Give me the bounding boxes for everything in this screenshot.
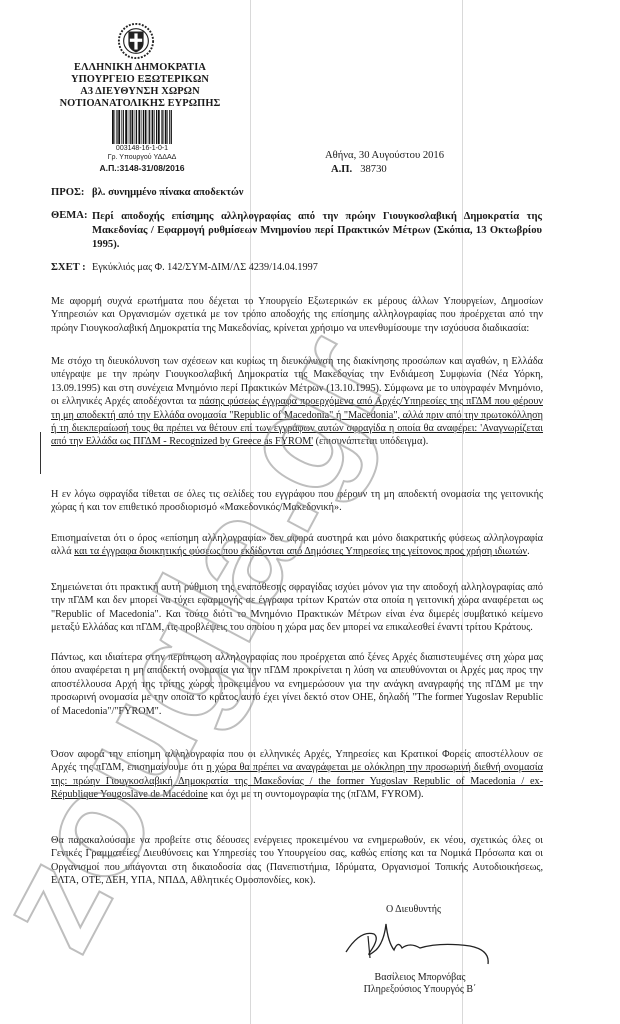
subject-label: ΘΕΜΑ:: [51, 210, 87, 221]
barcode-department: Γρ. Υπουργού ΥΔΔΑΔ: [90, 153, 194, 162]
recipient-label: ΠΡΟΣ:: [51, 187, 84, 198]
body-paragraph: Θα παρακαλούσαμε να προβείτε στις δέουσε…: [51, 834, 543, 888]
barcode-protocol: Α.Π.:3148-31/08/2016: [80, 163, 204, 174]
recipient-value: βλ. συνημμένο πίνακα αποδεκτών: [92, 187, 243, 198]
body-paragraph: Με αφορμή συχνά ερωτήματα που δέχεται το…: [51, 295, 543, 335]
header-line: Α3 ΔΙΕΥΘΥΝΣΗ ΧΩΡΩΝ: [40, 86, 240, 98]
handwritten-signature-icon: [340, 912, 500, 972]
underlined-text: και τα έγγραφα διοικητικής φύσεως που εκ…: [74, 546, 527, 557]
paragraph-text: (επισυνάπτεται υπόδειγμα).: [313, 436, 428, 447]
signatory-name: Βασίλειος Μπορνόβας: [350, 972, 490, 984]
paragraph-text: .: [527, 546, 530, 557]
ministry-header: ΕΛΛΗΝΙΚΗ ΔΗΜΟΚΡΑΤΙΑ ΥΠΟΥΡΓΕΙΟ ΕΞΩΤΕΡΙΚΩΝ…: [40, 62, 240, 110]
protocol-value: 38730: [360, 164, 386, 175]
barcode-icon: [112, 110, 172, 144]
body-paragraph: Με στόχο τη διευκόλυνση των σχέσεων και …: [51, 355, 543, 449]
paragraph-text: και όχι με τη συντομογραφία της (πΓΔΜ, F…: [208, 789, 424, 800]
body-paragraph: Όσον αφορά την επίσημη αλληλογραφία που …: [51, 748, 543, 802]
signatory: Βασίλειος Μπορνόβας Πληρεξούσιος Υπουργό…: [350, 972, 490, 996]
header-line: ΝΟΤΙΟΑΝΑΤΟΛΙΚΗΣ ΕΥΡΩΠΗΣ: [40, 98, 240, 110]
margin-mark: [40, 432, 41, 474]
document-page: ΕΛΛΗΝΙΚΗ ΔΗΜΟΚΡΑΤΙΑ ΥΠΟΥΡΓΕΙΟ ΕΞΩΤΕΡΙΚΩΝ…: [0, 0, 620, 1024]
body-paragraph: Η εν λόγω σφραγίδα τίθεται σε όλες τις σ…: [51, 488, 543, 515]
body-paragraph: Πάντως, και ιδιαίτερα στην περίπτωση αλλ…: [51, 651, 543, 718]
header-line: ΕΛΛΗΝΙΚΗ ΔΗΜΟΚΡΑΤΙΑ: [40, 62, 240, 74]
body-paragraph: Σημειώνεται ότι πρακτική αυτή ρύθμιση τη…: [51, 581, 543, 635]
signatory-rank: Πληρεξούσιος Υπουργός Β΄: [350, 984, 490, 996]
body-paragraph: Επισημαίνεται ότι ο όρος «επίσημη αλληλο…: [51, 532, 543, 559]
protocol-label: Α.Π.: [331, 164, 352, 175]
greek-coat-of-arms-icon: [117, 22, 155, 60]
subject-value: Περί αποδοχής επίσημης αλληλογραφίας από…: [92, 210, 542, 252]
reference-value: Εγκύκλιός μας Φ. 142/ΣΥΜ-ΔΙΜ/ΛΣ 4239/14.…: [92, 262, 318, 273]
reference-label: ΣΧΕΤ :: [51, 262, 86, 273]
document-date: Αθήνα, 30 Αυγούστου 2016: [325, 149, 444, 162]
protocol-number: Α.Π.38730: [331, 163, 387, 176]
barcode-number: 003148-16-1-0-1: [90, 144, 194, 153]
header-line: ΥΠΟΥΡΓΕΙΟ ΕΞΩΤΕΡΙΚΩΝ: [40, 74, 240, 86]
